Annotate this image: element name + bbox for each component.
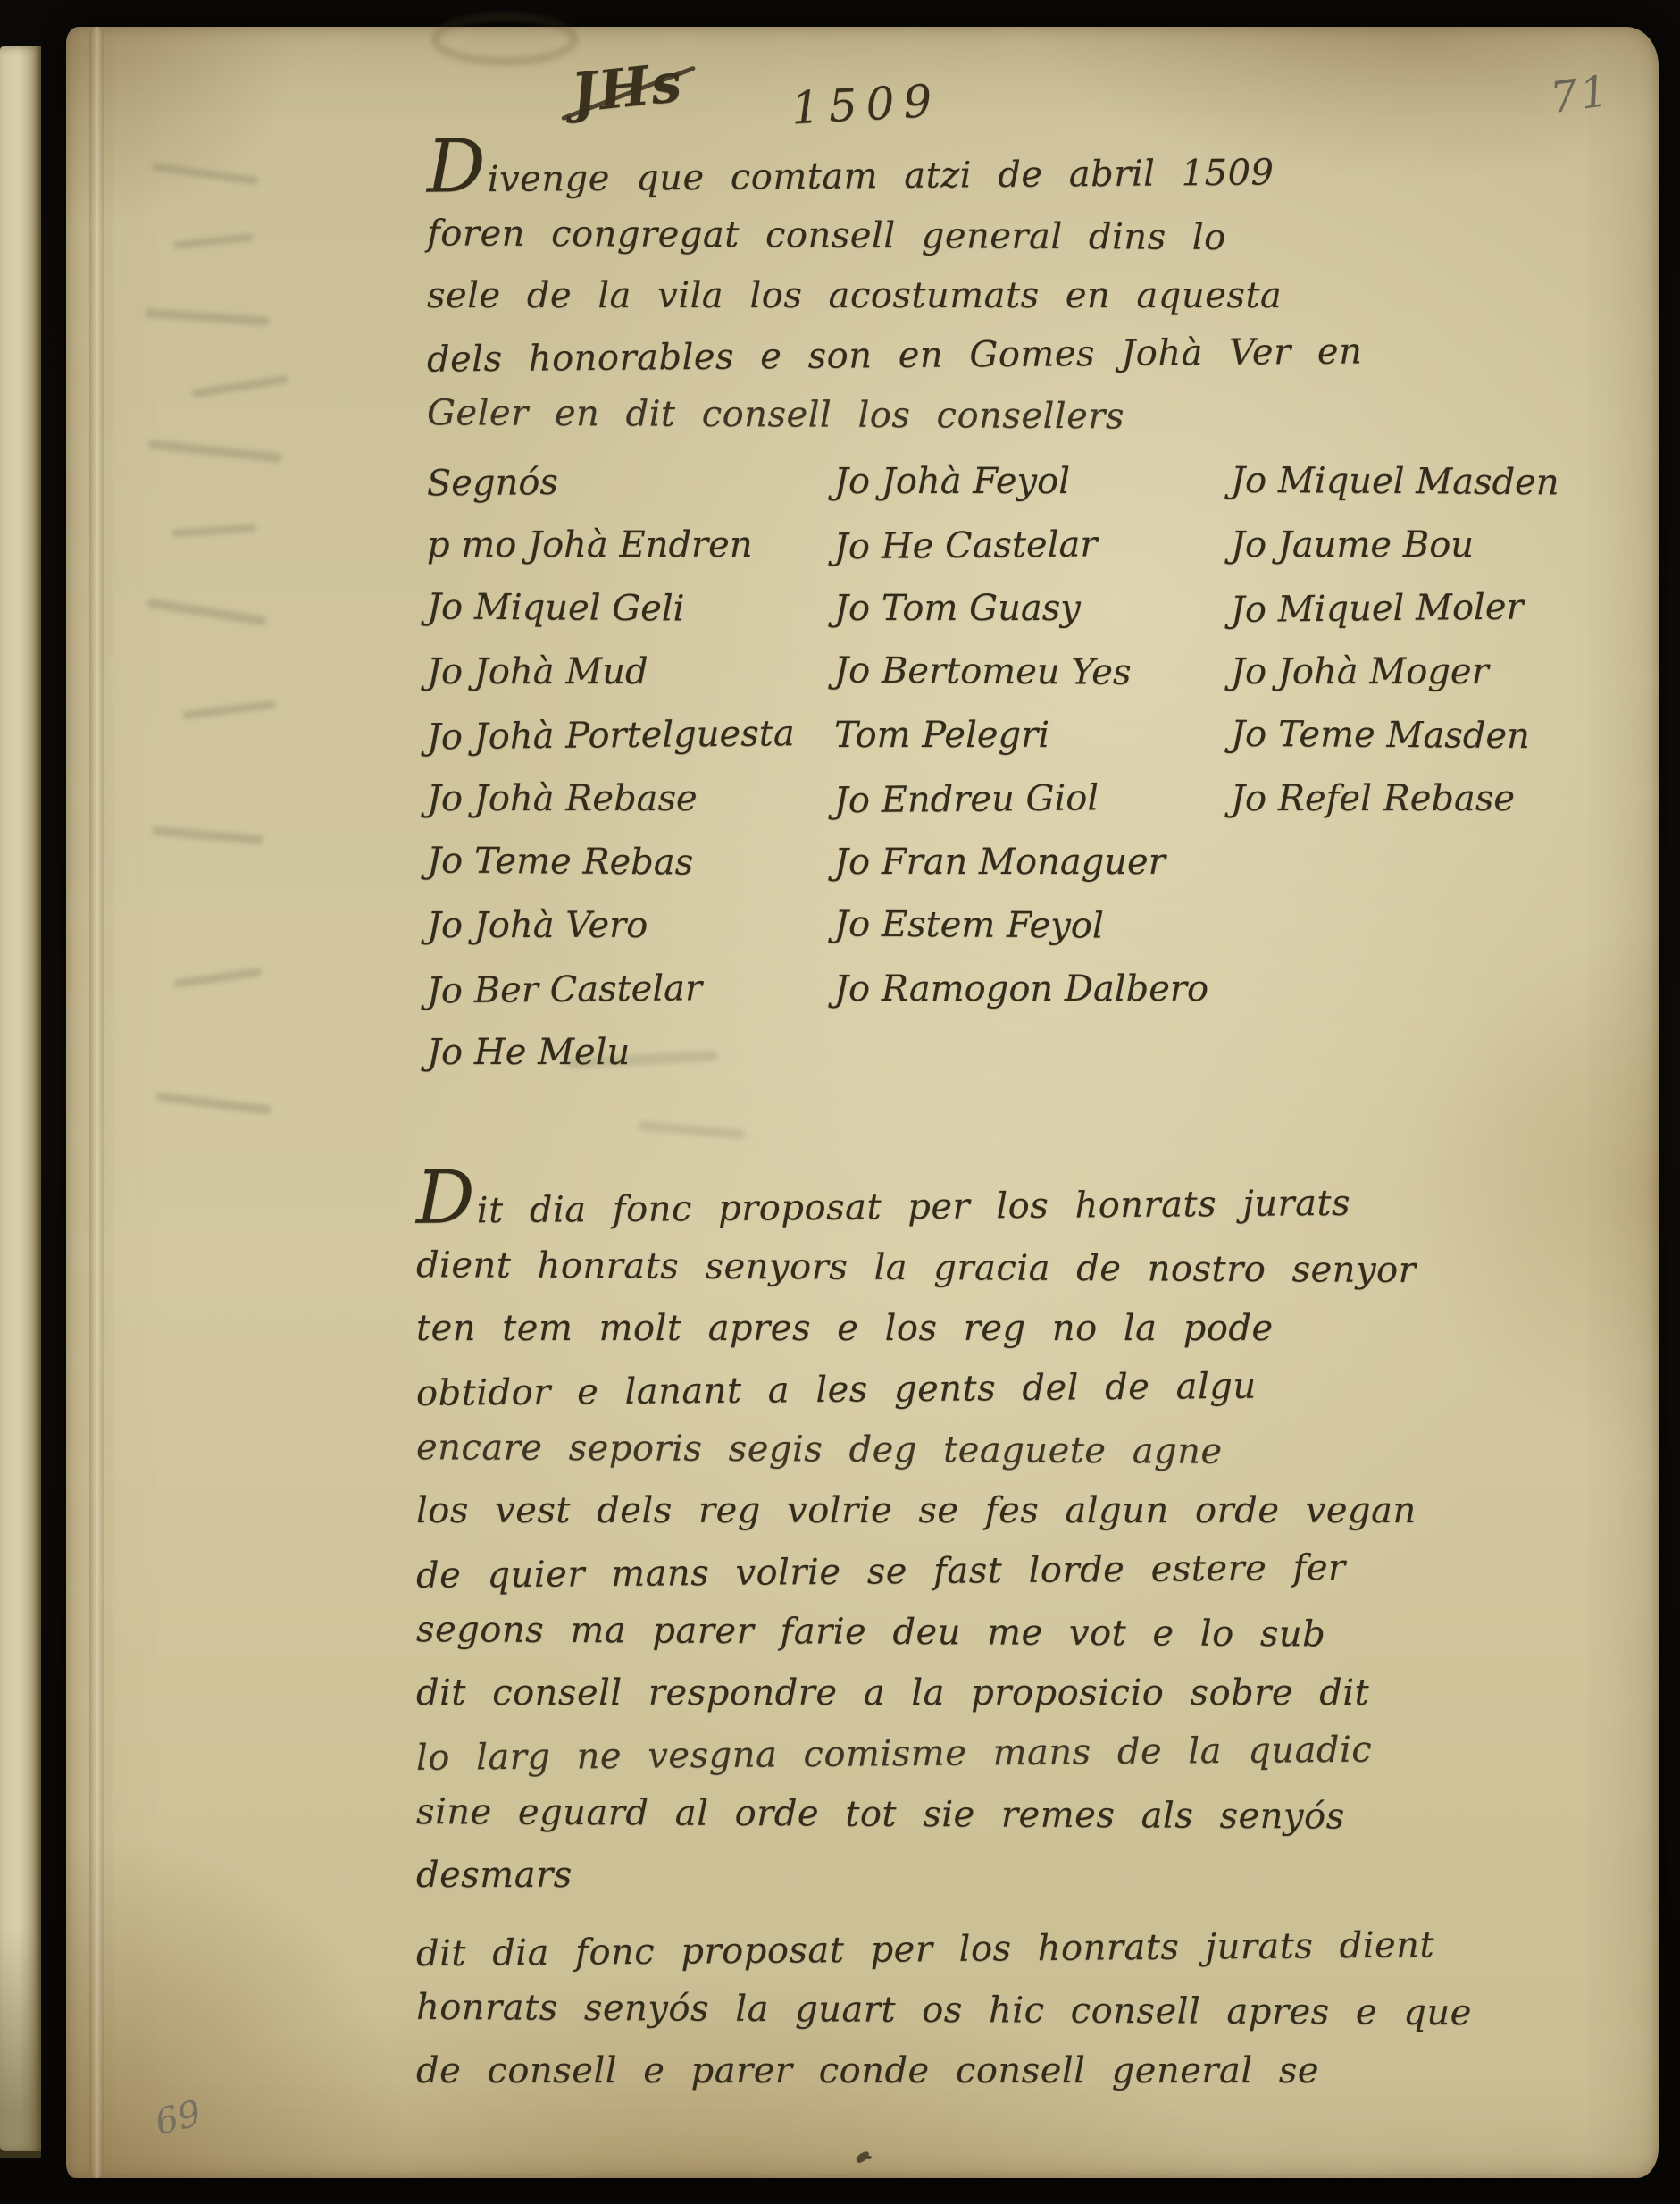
text-line: obtidor e lanant a les gents del de algu bbox=[416, 1354, 1417, 1424]
manuscript-photo: JHs 1509 71 Divenge que comtam atzi de a… bbox=[0, 0, 1680, 2204]
attendee-name bbox=[1231, 905, 1559, 968]
entry-paragraph-1: Divenge que comtam atzi de abril 1509 fo… bbox=[427, 141, 1362, 446]
text-line: Divenge que comtam atzi de abril 1509 bbox=[427, 137, 1363, 210]
attendee-name: Tom Pelegri bbox=[834, 715, 1231, 778]
text-line: Geler en dit consell los consellers bbox=[427, 383, 1363, 448]
attendee-name: Jo Tom Guasy bbox=[834, 588, 1231, 651]
text-line: dit dia fonc proposat per los honrats ju… bbox=[416, 1915, 1472, 1984]
attendee-name: p mo Johà Endren bbox=[427, 524, 834, 588]
attendee-name: Jo Fran Monaguer bbox=[834, 842, 1231, 905]
manuscript-page: JHs 1509 71 Divenge que comtam atzi de a… bbox=[66, 27, 1659, 2178]
text-line: los vest dels reg volrie se fes algun or… bbox=[416, 1480, 1417, 1541]
text-line: lo larg ne vesgna comisme mans de la qua… bbox=[416, 1719, 1417, 1789]
attendee-name: Jo Endreu Giol bbox=[834, 776, 1232, 844]
attendee-name bbox=[1231, 1032, 1559, 1095]
attendee-name: Jo Ramogon Dalbero bbox=[834, 968, 1231, 1032]
attendee-name: Segnós bbox=[427, 459, 835, 527]
ghost-stroke bbox=[173, 233, 254, 248]
ink-mark bbox=[855, 2150, 871, 2164]
attendee-name bbox=[1231, 968, 1559, 1034]
attendee-name: Jo Miquel Moler bbox=[1231, 586, 1559, 653]
text-line: dit consell respondre a la proposicio so… bbox=[416, 1663, 1417, 1723]
attendee-name: Jo Johà Portelguesta bbox=[427, 713, 835, 781]
top-edge-smudge bbox=[432, 14, 577, 64]
text-line: sine eguard al orde tot sie remes als se… bbox=[416, 1781, 1417, 1848]
attendee-name: Jo Johà Feyol bbox=[834, 461, 1231, 524]
text-line: segons ma parer farie deu me vot e lo su… bbox=[416, 1599, 1417, 1665]
entry-paragraph-3: dit dia fonc proposat per los honrats ju… bbox=[416, 1919, 1472, 2101]
text-line: Dit dia fonc proposat per los honrats ju… bbox=[416, 1168, 1417, 1242]
text-line: de quier mans volrie se fast lorde ester… bbox=[416, 1537, 1417, 1606]
attendee-name bbox=[834, 1030, 1232, 1098]
text-line: honrats senyós la guart os hic consell a… bbox=[416, 1977, 1472, 2043]
archival-number-pencil: 69 bbox=[151, 2093, 205, 2144]
attendee-list: Segnós Jo Johà Feyol Jo Miquel Masden p … bbox=[427, 461, 1559, 1095]
attendee-name: Jo He Melu bbox=[427, 1032, 834, 1095]
text-line: foren congregat consell general dins lo bbox=[427, 204, 1363, 268]
text-line: encare seporis segis deg teaguete agne bbox=[416, 1417, 1417, 1483]
attendee-name bbox=[1231, 840, 1559, 907]
ghost-stroke bbox=[146, 599, 267, 626]
text-line: dels honorables e son en Gomes Johà Ver … bbox=[427, 322, 1363, 390]
attendee-name: Jo Johà Vero bbox=[427, 905, 834, 968]
facing-page-edge bbox=[0, 46, 41, 2151]
attendee-name: Jo Johà Moger bbox=[1231, 651, 1559, 715]
ghost-stroke bbox=[191, 374, 289, 398]
attendee-name: Jo Johà Mud bbox=[427, 651, 834, 715]
ghost-stroke bbox=[173, 968, 263, 988]
attendee-name: Jo He Castelar bbox=[834, 523, 1232, 591]
ghost-stroke bbox=[148, 440, 282, 463]
text-line: desmars bbox=[416, 1845, 1417, 1906]
attendee-name: Jo Teme Masden bbox=[1231, 714, 1559, 780]
jhs-monogram: JHs bbox=[569, 52, 686, 126]
attendee-name: Jo Johà Rebase bbox=[427, 778, 834, 842]
ghost-stroke bbox=[182, 700, 276, 720]
text-line: dient honrats senyors la gracia de nostr… bbox=[416, 1235, 1417, 1301]
text-line: de consell e parer conde consell general… bbox=[416, 2041, 1472, 2101]
folio-number-pencil: 71 bbox=[1547, 66, 1613, 124]
attendee-name: Jo Miquel Geli bbox=[427, 586, 834, 652]
text-line: ten tem molt apres e los reg no la pode bbox=[416, 1298, 1417, 1359]
ghost-stroke bbox=[152, 826, 263, 845]
ghost-stroke bbox=[155, 1092, 272, 1115]
year-heading: 1509 bbox=[790, 75, 942, 135]
ghost-stroke bbox=[171, 524, 256, 538]
ghost-stroke bbox=[638, 1121, 745, 1139]
attendee-name: Jo Teme Rebas bbox=[427, 840, 834, 906]
attendee-name: Jo Bertomeu Yes bbox=[834, 649, 1231, 716]
entry-paragraph-2: Dit dia fonc proposat per los honrats ju… bbox=[416, 1172, 1417, 1906]
ghost-stroke bbox=[145, 308, 270, 326]
attendee-name: Jo Jaume Bou bbox=[1231, 524, 1559, 588]
attendee-name: Jo Ber Castelar bbox=[427, 967, 835, 1035]
attendee-name: Jo Miquel Masden bbox=[1231, 460, 1559, 526]
gutter-crease bbox=[89, 27, 104, 2178]
attendee-name: Jo Refel Rebase bbox=[1231, 778, 1559, 842]
ghost-stroke bbox=[152, 163, 259, 186]
text-line: sele de la vila los acostumats en aquest… bbox=[427, 266, 1362, 326]
attendee-name: Jo Estem Feyol bbox=[834, 903, 1231, 969]
